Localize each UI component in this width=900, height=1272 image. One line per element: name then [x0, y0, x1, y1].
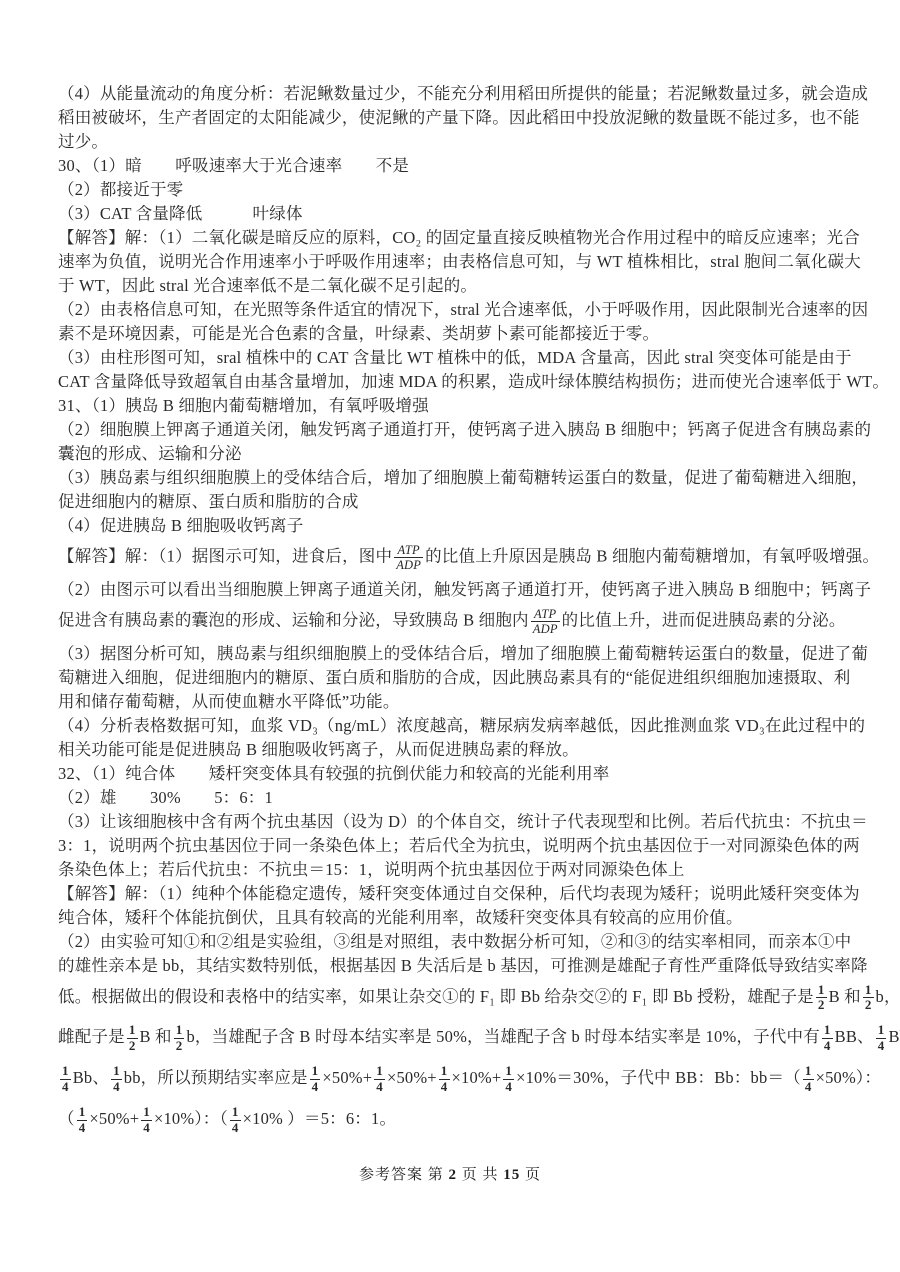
text-line: 条染色体上；若后代抗虫：不抗虫＝15：1，说明两个抗虫基因位于两对同源染色体上	[58, 858, 870, 882]
text-run: 促进含有胰岛素的囊泡的形成、运输和分泌，导致胰岛 B 细胞内	[58, 610, 529, 629]
fraction: 14	[803, 1064, 814, 1095]
text-run: 雌配子是	[58, 1028, 125, 1047]
text-run: （	[58, 1109, 75, 1128]
text-run: bb，所以预期结实率应是	[124, 1068, 308, 1087]
text-line: 速率为负值，说明光合作用速率小于呼吸作用速率；由表格信息可知，与 WT 植株相比…	[58, 250, 870, 274]
fraction-numerator: ATP	[394, 543, 423, 558]
fraction-denominator: 2	[816, 998, 827, 1013]
text-run: ×50%+	[322, 1068, 372, 1087]
text-line: 【解答】解：（1）纯种个体能稳定遗传，矮秆突变体通过自交保种，后代均表现为矮秆；…	[58, 882, 870, 906]
text-run: 32、（1）纯合体 矮杆突变体具有较强的抗倒伏能力和较高的光能利用率	[58, 764, 610, 783]
text-run: （4）分析表格数据可知，血浆 VD₃（ng/mL）浓度越高，糖尿病发病率越低，因…	[58, 716, 865, 735]
text-run: 的雄性亲本是 bb，其结实数特别低，根据基因 B 失活后是 b 基因，可推测是雄…	[58, 956, 868, 975]
text-line: 30、（1）暗 呼吸速率大于光合速率 不是	[58, 154, 870, 178]
text-run: （2）由表格信息可知，在光照等条件适宜的情况下，stral 光合速率低，小于呼吸…	[58, 300, 868, 319]
text-line: 萄糖进入细胞，促进细胞内的糖原、蛋白质和脂肪的合成，因此胰岛素具有的“能促进组织…	[58, 666, 870, 690]
text-run: （2）细胞膜上钾离子通道关闭，触发钙离子通道打开，使钙离子进入胰岛 B 细胞中；…	[58, 420, 871, 439]
text-line: 促进含有胰岛素的囊泡的形成、运输和分泌，导致胰岛 B 细胞内ATPADP的比值上…	[58, 602, 870, 642]
text-run: 纯合体，矮秆个体能抗倒伏，且具有较高的光能利用率，故矮秆突变体具有较高的应用价值…	[58, 908, 743, 927]
fraction-denominator: 2	[174, 1039, 185, 1054]
fraction-numerator: 1	[310, 1064, 321, 1080]
text-line: 于 WT，因此 stral 光合速率低不是二氧化碳不足引起的。	[58, 274, 870, 298]
text-line: （3）由柱形图可知，sral 植株中的 CAT 含量比 WT 植株中的低，MDA…	[58, 346, 870, 370]
fraction-numerator: 1	[60, 1064, 71, 1080]
fraction-numerator: 1	[822, 1023, 833, 1039]
fraction: 14	[439, 1064, 450, 1095]
text-run: ×10%）：（	[154, 1109, 228, 1128]
fraction-numerator: 1	[230, 1105, 241, 1121]
fraction-numerator: 1	[439, 1064, 450, 1080]
text-line: 低。根据做出的假设和表格中的结实率，如果让杂交①的 F₁ 即 Bb 给杂交②的 …	[58, 978, 870, 1019]
text-run: 萄糖进入细胞，促进细胞内的糖原、蛋白质和脂肪的合成，因此胰岛素具有的“能促进组织…	[58, 668, 850, 687]
text-line: 32、（1）纯合体 矮杆突变体具有较强的抗倒伏能力和较高的光能利用率	[58, 762, 870, 786]
text-run: 相关功能可能是促进胰岛 B 细胞吸收钙离子，从而促进胰岛素的释放。	[58, 740, 579, 759]
fraction-numerator: ATP	[531, 607, 560, 622]
fraction: 14	[503, 1064, 514, 1095]
fraction-denominator: ADP	[394, 558, 423, 572]
fraction: 14	[141, 1105, 152, 1136]
fraction-numerator: 1	[816, 983, 827, 999]
text-line: （2）由表格信息可知，在光照等条件适宜的情况下，stral 光合速率低，小于呼吸…	[58, 298, 870, 322]
fraction: 14	[111, 1064, 122, 1095]
fraction-numerator: 1	[141, 1105, 152, 1121]
text-run: b，当雄配子含 B 时母本结实率是 50%，当雄配子含 b 时母本结实率是 10…	[186, 1028, 819, 1047]
fraction: 12	[863, 983, 874, 1014]
text-run: 2	[448, 1167, 457, 1183]
fraction: 14	[310, 1064, 321, 1095]
fraction-denominator: 4	[439, 1080, 450, 1095]
text-run: 于 WT，因此 stral 光合速率低不是二氧化碳不足引起的。	[58, 276, 477, 295]
text-line: （4）从能量流动的角度分析：若泥鳅数量过少，不能充分利用稻田所提供的能量；若泥鳅…	[58, 82, 870, 106]
text-line: 14Bb、14bb，所以预期结实率应是14×50%+14×50%+14×10%+…	[58, 1059, 870, 1100]
text-run: 3：1，说明两个抗虫基因位于同一条染色体上；若后代全为抗虫，说明两个抗虫基因位于…	[58, 836, 860, 855]
text-run: 的比值上升，进而促进胰岛素的分泌。	[562, 610, 846, 629]
text-run: （3）由柱形图可知，sral 植株中的 CAT 含量比 WT 植株中的低，MDA…	[58, 348, 852, 367]
text-line: （3）胰岛素与组织细胞膜上的受体结合后，增加了细胞膜上葡萄糖转运蛋白的数量，促进…	[58, 466, 870, 490]
text-run: 过少。	[58, 132, 108, 151]
fraction-numerator: 1	[863, 983, 874, 999]
text-run: 页	[520, 1167, 541, 1183]
text-line: 【解答】解：（1）据图示可知，进食后，图中ATPADP的比值上升原因是胰岛 B …	[58, 538, 870, 578]
fraction: 14	[60, 1064, 71, 1095]
fraction-numerator: 1	[803, 1064, 814, 1080]
text-run: B 和	[140, 1028, 172, 1047]
fraction-numerator: 1	[876, 1023, 887, 1039]
text-run: （4）从能量流动的角度分析：若泥鳅数量过少，不能充分利用稻田所提供的能量；若泥鳅…	[58, 84, 868, 103]
answer-sheet-page: （4）从能量流动的角度分析：若泥鳅数量过少，不能充分利用稻田所提供的能量；若泥鳅…	[0, 0, 900, 1272]
fraction-denominator: 4	[822, 1039, 833, 1054]
text-line: 过少。	[58, 130, 870, 154]
text-line: 的雄性亲本是 bb，其结实数特别低，根据基因 B 失活后是 b 基因，可推测是雄…	[58, 954, 870, 978]
text-run: （2）都接近于零	[58, 180, 183, 199]
text-run: 参考答案 第	[359, 1167, 449, 1183]
text-run: （4）促进胰岛 B 细胞吸收钙离子	[58, 516, 303, 535]
fraction-numerator: 1	[503, 1064, 514, 1080]
text-line: （3）据图分析可知，胰岛素与组织细胞膜上的受体结合后，增加了细胞膜上葡萄糖转运蛋…	[58, 642, 870, 666]
text-line: （2）雄 30% 5：6：1	[58, 786, 870, 810]
text-run: 页 共	[457, 1167, 503, 1183]
text-line: （2）都接近于零	[58, 178, 870, 202]
text-run: ×10%＝30%，子代中 BB：Bb：bb＝（	[516, 1068, 801, 1087]
text-run: 稻田被破坏，生产者固定的太阳能减少，使泥鳅的产量下降。因此稻田中投放泥鳅的数量既…	[58, 108, 860, 127]
fraction-denominator: 2	[863, 998, 874, 1013]
text-run: 条染色体上；若后代抗虫：不抗虫＝15：1，说明两个抗虫基因位于两对同源染色体上	[58, 860, 685, 879]
text-run: ×10%+	[452, 1068, 502, 1087]
text-run: ×50%+	[89, 1109, 139, 1128]
fraction: 14	[230, 1105, 241, 1136]
text-run: Bb、	[73, 1068, 109, 1087]
text-run: B 和	[829, 987, 861, 1006]
fraction: 14	[876, 1023, 887, 1054]
text-line: （4）促进胰岛 B 细胞吸收钙离子	[58, 514, 870, 538]
text-run: 用和储存葡萄糖，从而使血糖水平降低”功能。	[58, 692, 400, 711]
text-line: （14×50%+14×10%）：（14×10% ）＝5：6：1。	[58, 1100, 870, 1141]
fraction-denominator: 4	[60, 1080, 71, 1095]
fraction: 14	[77, 1105, 88, 1136]
text-run: （2）由实验可知①和②组是实验组，③组是对照组，表中数据分析可知，②和③的结实率…	[58, 932, 851, 951]
text-run: （2）雄 30% 5：6：1	[58, 788, 273, 807]
text-run: 30、（1）暗 呼吸速率大于光合速率 不是	[58, 156, 409, 175]
fraction-numerator: 1	[174, 1023, 185, 1039]
text-run: CAT 含量降低导致超氧自由基含量增加，加速 MDA 的积累，造成叶绿体膜结构损…	[58, 372, 889, 391]
text-run: ×50%+	[387, 1068, 437, 1087]
text-run: 的比值上升原因是胰岛 B 细胞内葡萄糖增加，有氧呼吸增强。	[425, 547, 879, 566]
text-run: （3）CAT 含量降低 叶绿体	[58, 204, 303, 223]
fraction: 14	[822, 1023, 833, 1054]
text-line: （4）分析表格数据可知，血浆 VD₃（ng/mL）浓度越高，糖尿病发病率越低，因…	[58, 714, 870, 738]
text-line: 囊泡的形成、运输和分泌	[58, 442, 870, 466]
fraction-denominator: 4	[310, 1080, 321, 1095]
text-run: （3）胰岛素与组织细胞膜上的受体结合后，增加了细胞膜上葡萄糖转运蛋白的数量，促进…	[58, 468, 868, 487]
text-line: （3）让该细胞核中含有两个抗虫基因（设为 D）的个体自交，统计子代表现型和比例。…	[58, 810, 870, 834]
fraction-numerator: 1	[127, 1023, 138, 1039]
text-line: 纯合体，矮秆个体能抗倒伏，且具有较高的光能利用率，故矮秆突变体具有较高的应用价值…	[58, 906, 870, 930]
text-line: 相关功能可能是促进胰岛 B 细胞吸收钙离子，从而促进胰岛素的释放。	[58, 738, 870, 762]
fraction-denominator: 4	[876, 1039, 887, 1054]
text-run: （2）由图示可以看出当细胞膜上钾离子通道关闭，触发钙离子通道打开，使钙离子进入胰…	[58, 580, 871, 599]
text-run: 速率为负值，说明光合作用速率小于呼吸作用速率；由表格信息可知，与 WT 植株相比…	[58, 252, 861, 271]
fraction-denominator: ADP	[531, 622, 560, 636]
page-footer: 参考答案 第 2 页 共 15 页	[0, 1163, 900, 1184]
text-line: 用和储存葡萄糖，从而使血糖水平降低”功能。	[58, 690, 870, 714]
text-run: ×50%）：	[816, 1068, 882, 1087]
text-line: 雌配子是12B 和12b，当雄配子含 B 时母本结实率是 50%，当雄配子含 b…	[58, 1018, 870, 1059]
text-run: 低。根据做出的假设和表格中的结实率，如果让杂交①的 F₁ 即 Bb 给杂交②的 …	[58, 987, 814, 1006]
text-line: （2）细胞膜上钾离子通道关闭，触发钙离子通道打开，使钙离子进入胰岛 B 细胞中；…	[58, 418, 870, 442]
text-run: （3）让该细胞核中含有两个抗虫基因（设为 D）的个体自交，统计子代表现型和比例。…	[58, 812, 868, 831]
fraction-denominator: 2	[127, 1039, 138, 1054]
fraction-denominator: 4	[141, 1121, 152, 1136]
text-line: 【解答】解：（1）二氧化碳是暗反应的原料，CO₂ 的固定量直接反映植物光合作用过…	[58, 226, 870, 250]
fraction: 12	[816, 983, 827, 1014]
text-run: 31、（1）胰岛 B 细胞内葡萄糖增加，有氧呼吸增强	[58, 396, 429, 415]
text-run: 15	[503, 1167, 520, 1183]
fraction-numerator: 1	[374, 1064, 385, 1080]
text-line: （2）由图示可以看出当细胞膜上钾离子通道关闭，触发钙离子通道打开，使钙离子进入胰…	[58, 578, 870, 602]
fraction-denominator: 4	[111, 1080, 122, 1095]
fraction-denominator: 4	[803, 1080, 814, 1095]
text-run: 【解答】解：（1）纯种个体能稳定遗传，矮秆突变体通过自交保种，后代均表现为矮秆；…	[58, 884, 860, 903]
fraction: 12	[127, 1023, 138, 1054]
fraction: ATPADP	[531, 607, 560, 637]
text-line: 促进细胞内的糖原、蛋白质和脂肪的合成	[58, 490, 870, 514]
text-run: 【解答】解：（1）据图示可知，进食后，图中	[58, 547, 392, 566]
fraction: 12	[174, 1023, 185, 1054]
text-line: 稻田被破坏，生产者固定的太阳能减少，使泥鳅的产量下降。因此稻田中投放泥鳅的数量既…	[58, 106, 870, 130]
text-line: （2）由实验可知①和②组是实验组，③组是对照组，表中数据分析可知，②和③的结实率…	[58, 930, 870, 954]
fraction-denominator: 4	[77, 1121, 88, 1136]
fraction-denominator: 4	[503, 1080, 514, 1095]
fraction-numerator: 1	[77, 1105, 88, 1121]
fraction-denominator: 4	[230, 1121, 241, 1136]
text-run: ×10% ）＝5：6：1。	[243, 1109, 397, 1128]
text-line: CAT 含量降低导致超氧自由基含量增加，加速 MDA 的积累，造成叶绿体膜结构损…	[58, 370, 870, 394]
fraction-numerator: 1	[111, 1064, 122, 1080]
text-line: 素不是环境因素，可能是光合色素的含量，叶绿素、类胡萝卜素可能都接近于零。	[58, 322, 870, 346]
text-run: 促进细胞内的糖原、蛋白质和脂肪的合成	[58, 492, 359, 511]
text-run: b，	[876, 987, 900, 1006]
text-run: （3）据图分析可知，胰岛素与组织细胞膜上的受体结合后，增加了细胞膜上葡萄糖转运蛋…	[58, 644, 868, 663]
text-run: BB、	[835, 1028, 874, 1047]
text-line: （3）CAT 含量降低 叶绿体	[58, 202, 870, 226]
text-run: 【解答】解：（1）二氧化碳是暗反应的原料，CO₂ 的固定量直接反映植物光合作用过…	[58, 228, 860, 247]
fraction: 14	[374, 1064, 385, 1095]
document-lines: （4）从能量流动的角度分析：若泥鳅数量过少，不能充分利用稻田所提供的能量；若泥鳅…	[58, 82, 870, 1141]
text-run: Bb、	[888, 1028, 900, 1047]
text-line: 3：1，说明两个抗虫基因位于同一条染色体上；若后代全为抗虫，说明两个抗虫基因位于…	[58, 834, 870, 858]
text-line: 31、（1）胰岛 B 细胞内葡萄糖增加，有氧呼吸增强	[58, 394, 870, 418]
text-run: 素不是环境因素，可能是光合色素的含量，叶绿素、类胡萝卜素可能都接近于零。	[58, 324, 659, 343]
fraction: ATPADP	[394, 543, 423, 573]
text-run: 囊泡的形成、运输和分泌	[58, 444, 242, 463]
fraction-denominator: 4	[374, 1080, 385, 1095]
